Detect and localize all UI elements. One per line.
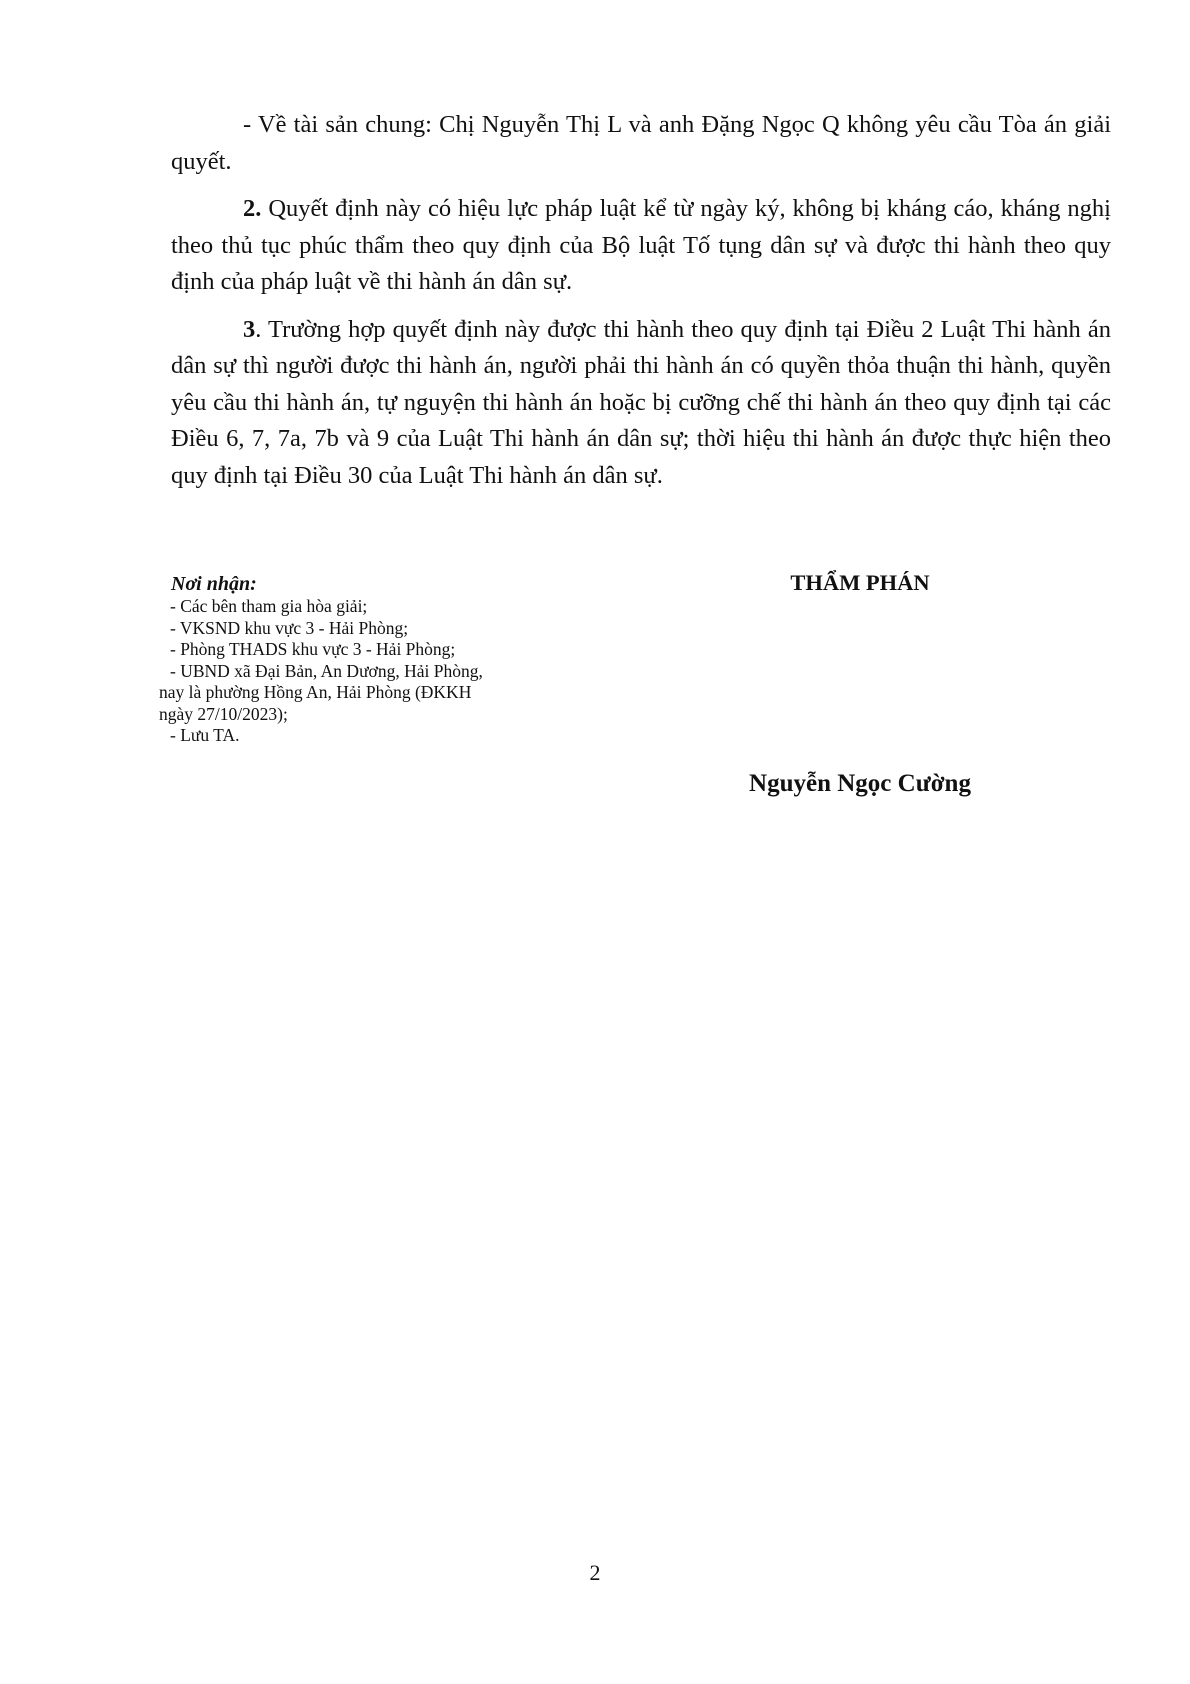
paragraph-text: . Trường hợp quyết định này được thi hàn…: [171, 316, 1111, 489]
recipient-item: - Các bên tham gia hòa giải;: [170, 596, 589, 618]
recipient-item: - UBND xã Đại Bản, An Dương, Hải Phòng,: [170, 661, 589, 683]
recipients-title: Nơi nhận:: [171, 572, 589, 596]
paragraph-text: Quyết định này có hiệu lực pháp luật kể …: [171, 195, 1111, 295]
document-page: - Về tài sản chung: Chị Nguyễn Thị L và …: [0, 0, 1190, 1684]
paragraph-3-enforcement: 3. Trường hợp quyết định này được thi hà…: [171, 312, 1111, 495]
recipient-item-continuation: ngày 27/10/2023);: [159, 704, 589, 726]
paragraph-common-property: - Về tài sản chung: Chị Nguyễn Thị L và …: [171, 107, 1111, 180]
signer-role: THẨM PHÁN: [700, 570, 1020, 596]
paragraph-text: - Về tài sản chung: Chị Nguyễn Thị L và …: [171, 111, 1111, 175]
recipient-item: - Lưu TA.: [170, 725, 589, 747]
page-number: 2: [0, 1560, 1190, 1586]
paragraph-number: 3: [243, 316, 255, 343]
recipients-block: Nơi nhận: - Các bên tham gia hòa giải; -…: [159, 572, 589, 747]
recipient-item: - VKSND khu vực 3 - Hải Phòng;: [170, 618, 589, 640]
paragraph-2-effect: 2. Quyết định này có hiệu lực pháp luật …: [171, 191, 1111, 301]
signer-name: Nguyễn Ngọc Cường: [700, 770, 1020, 798]
recipient-item-continuation: nay là phường Hồng An, Hải Phòng (ĐKKH: [159, 682, 589, 704]
decision-body: - Về tài sản chung: Chị Nguyễn Thị L và …: [171, 107, 1111, 505]
paragraph-number: 2.: [243, 195, 261, 222]
recipient-item: - Phòng THADS khu vực 3 - Hải Phòng;: [170, 639, 589, 661]
